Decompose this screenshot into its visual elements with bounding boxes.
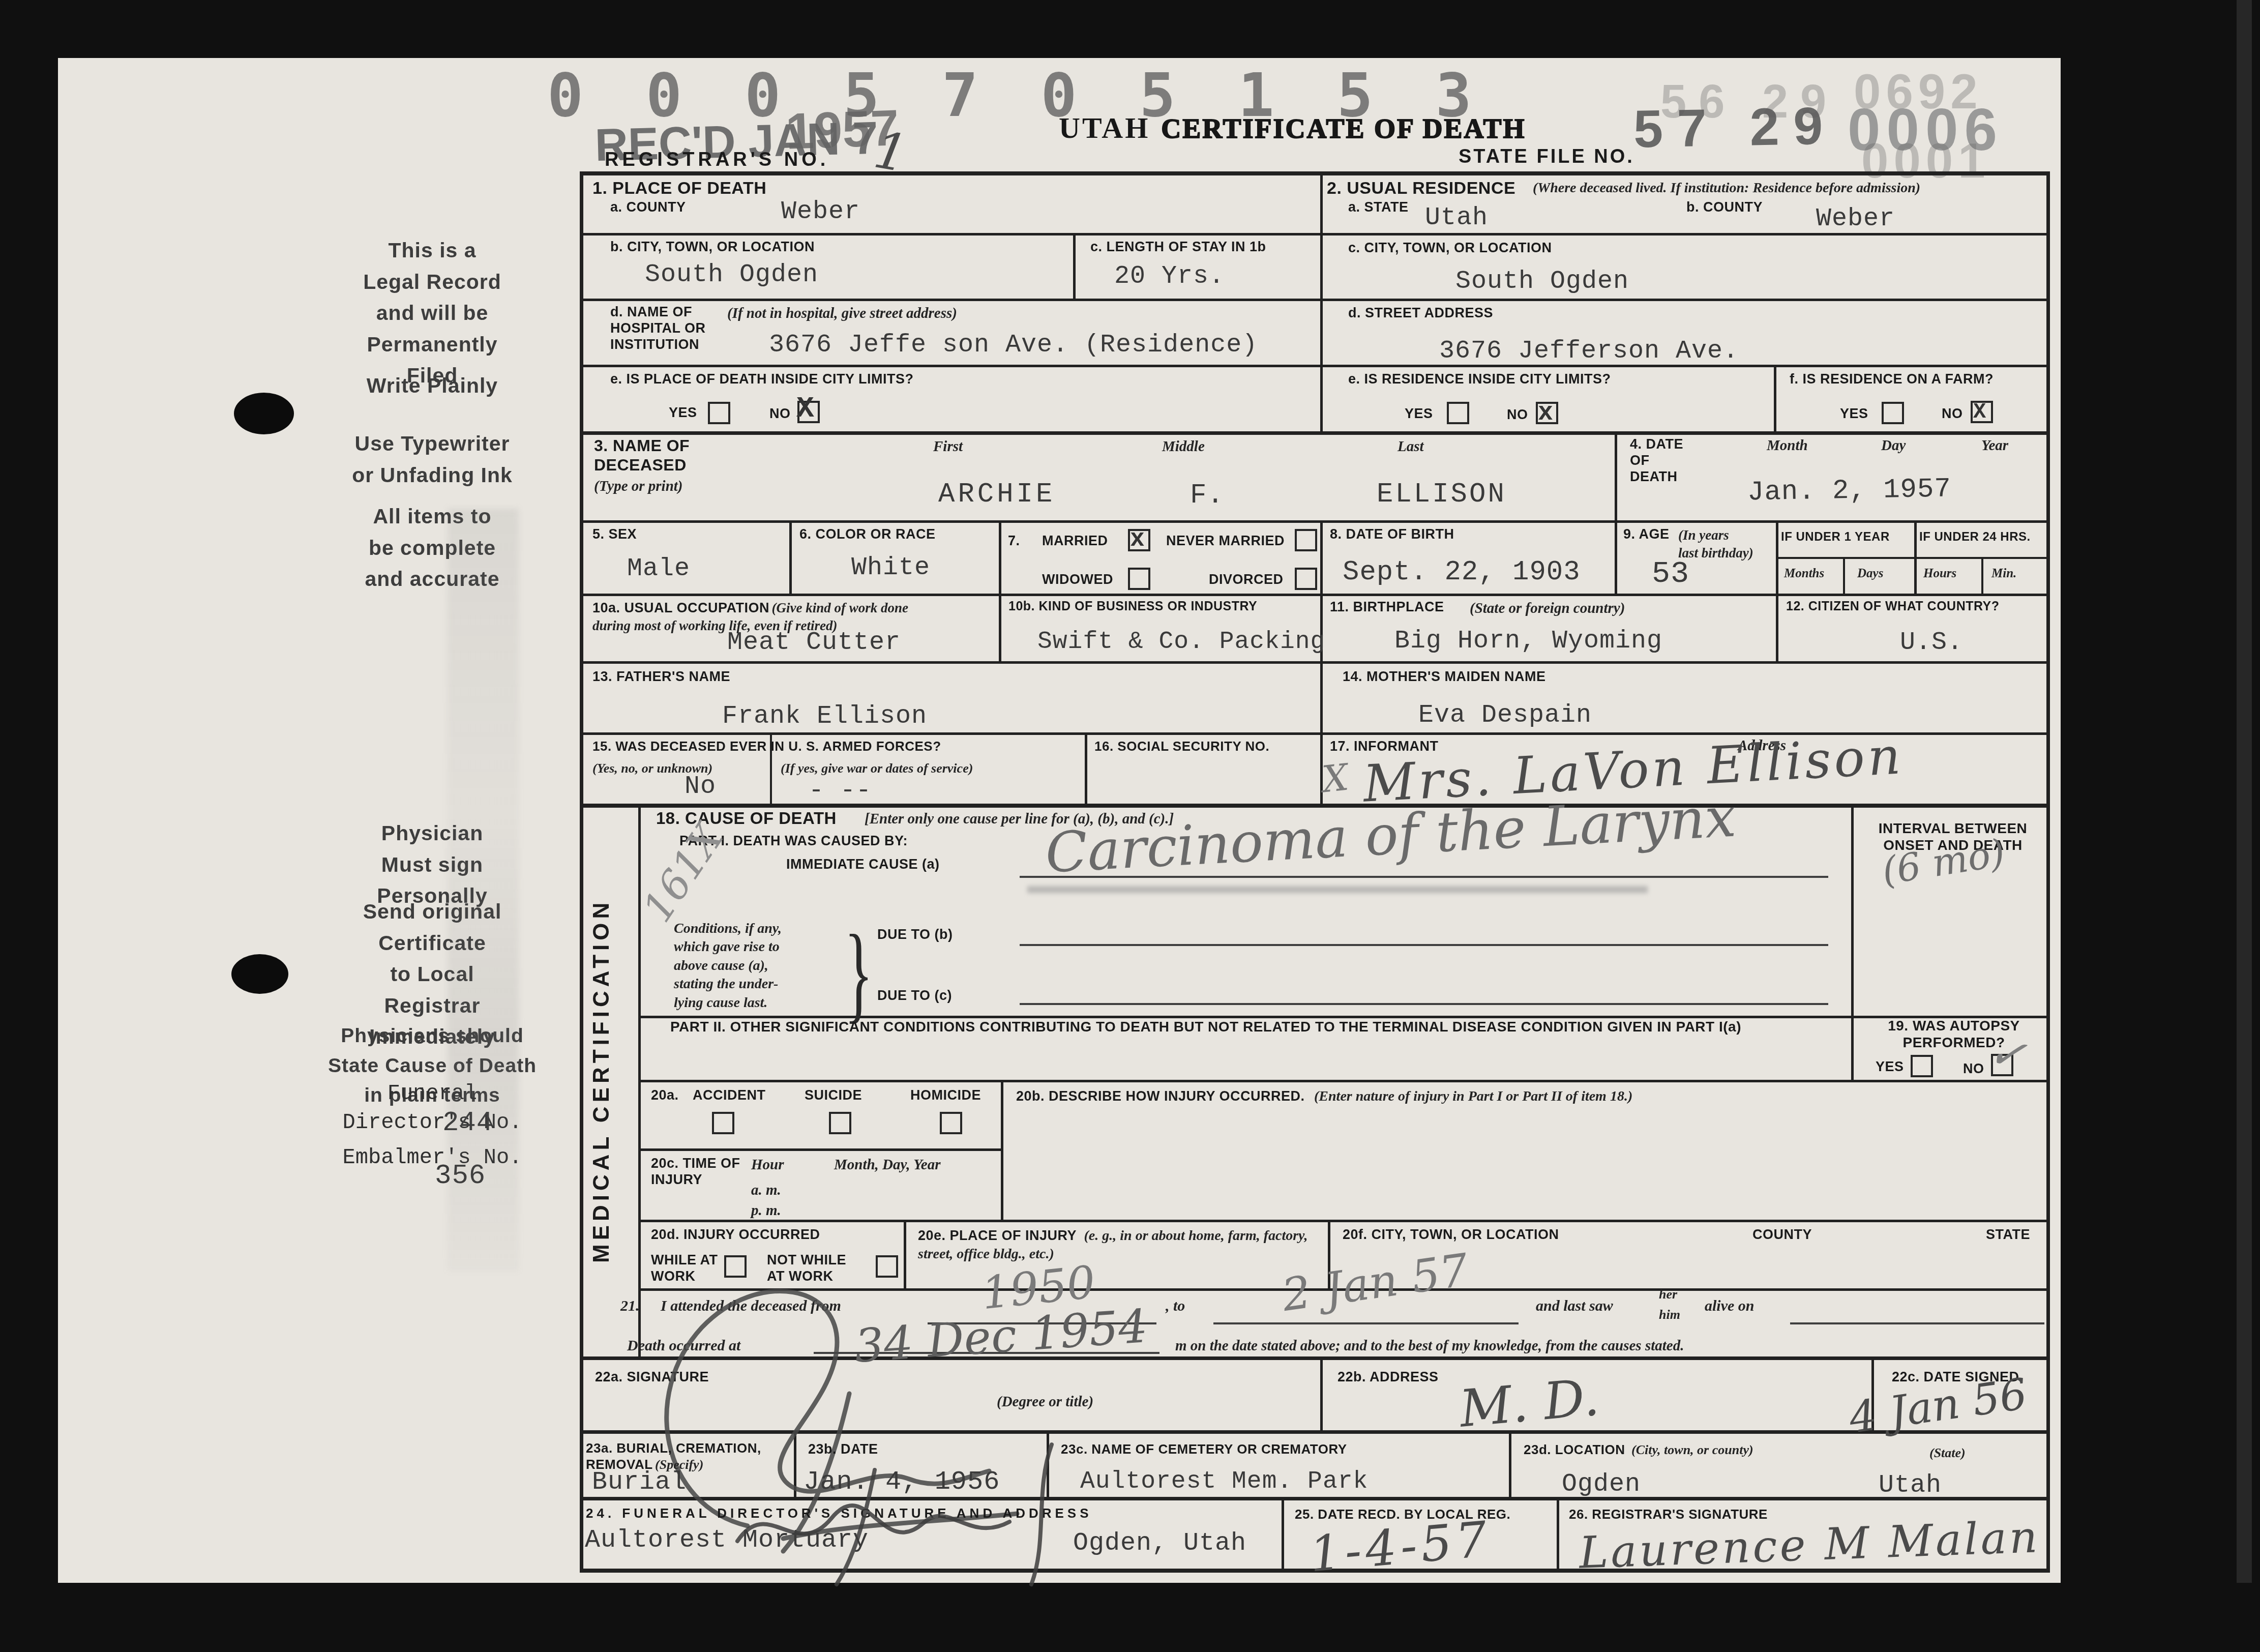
- no-checkbox-mark: x: [1538, 399, 1553, 428]
- months-label: Months: [1784, 566, 1824, 582]
- grid-line: [638, 1220, 2049, 1222]
- grid-line: [1282, 1497, 1284, 1569]
- marital-status-number: 7.: [1008, 533, 1020, 549]
- scan-border-top: [0, 0, 2260, 58]
- date-of-birth-value: Sept. 22, 1903: [1343, 557, 1581, 588]
- city-town-label: b. CITY, TOWN, OR LOCATION: [610, 239, 815, 255]
- attended-text2: and last saw: [1536, 1296, 1613, 1316]
- no-checkbox-mark: X: [1973, 400, 1986, 424]
- location-hint: (City, town, or county): [1631, 1442, 1753, 1457]
- city-town-value: South Ogden: [645, 260, 818, 289]
- registrar-signature-label: 26. REGISTRAR'S SIGNATURE: [1569, 1507, 1768, 1522]
- residence-county-label: b. COUNTY: [1686, 199, 1763, 216]
- accident-checkbox: [712, 1112, 734, 1134]
- grid-line: [1851, 804, 1854, 1080]
- due-to-b-label: DUE TO (b): [877, 927, 953, 943]
- widowed-checkbox: [1128, 568, 1150, 590]
- state-label: a. STATE: [1348, 199, 1409, 216]
- year-header: Year: [1981, 436, 2008, 456]
- residence-inside-city-limits-label: e. IS RESIDENCE INSIDE CITY LIMITS?: [1348, 371, 1611, 388]
- accident-label: ACCIDENT: [693, 1087, 766, 1104]
- informant-x-mark: X: [1320, 756, 1351, 801]
- age-value: 53: [1652, 557, 1689, 592]
- yes-label: YES: [1876, 1059, 1904, 1075]
- suicide-label: SUICIDE: [805, 1087, 862, 1104]
- day-header: Day: [1881, 436, 1906, 456]
- margin-note-typewriter: Use Typewriter or Unfading Ink: [305, 428, 559, 491]
- social-security-label: 16. SOCIAL SECURITY NO.: [1094, 739, 1269, 754]
- due-to-c-line: [1020, 1003, 1828, 1005]
- scanned-death-certificate: { "marks": {"x_small": "x", "x_big": "X"…: [0, 0, 2260, 1652]
- citizen-label: 12. CITIZEN OF WHAT COUNTRY?: [1786, 599, 2000, 614]
- grid-line: [1774, 365, 1776, 431]
- last-name-header: Last: [1397, 437, 1424, 457]
- month-day-year-label: Month, Day, Year: [834, 1156, 940, 1175]
- alive-on-line: [1790, 1322, 2044, 1324]
- grid-line: [580, 299, 2049, 301]
- if-under-1-year-label: IF UNDER 1 YEAR: [1781, 530, 1890, 544]
- part2-label: PART II. OTHER SIGNIFICANT CONDITIONS CO…: [670, 1018, 1840, 1035]
- yes-checkbox: [708, 402, 730, 424]
- describe-injury-label: 20b. DESCRIBE HOW INJURY OCCURRED. (Ente…: [1016, 1087, 2033, 1106]
- location-label: 23d. LOCATION (City, town, or county): [1524, 1441, 1753, 1459]
- married-checkbox-mark: x: [1130, 526, 1145, 553]
- business-industry-label: 10b. KIND OF BUSINESS OR INDUSTRY: [1008, 599, 1257, 614]
- homicide-label: HOMICIDE: [910, 1087, 981, 1104]
- residence-city-label: c. CITY, TOWN, OR LOCATION: [1348, 240, 1552, 256]
- usual-residence-title: 2. USUAL RESIDENCE: [1327, 178, 1515, 198]
- min-label: Min.: [1991, 566, 2016, 582]
- injury-city-label: 20f. CITY, TOWN, OR LOCATION: [1343, 1227, 1559, 1243]
- attended-to-label: , to: [1166, 1296, 1185, 1316]
- armed-forces-hint2: (If yes, give war or dates of service): [781, 760, 973, 777]
- type-or-print-hint: (Type or print): [594, 477, 683, 496]
- mothers-maiden-name-value: Eva Despain: [1418, 701, 1592, 730]
- length-of-stay-label: c. LENGTH OF STAY IN 1b: [1090, 239, 1266, 255]
- grid-line: [789, 520, 792, 594]
- injury-state-label: STATE: [1986, 1227, 2030, 1243]
- pencil-smear: [1027, 886, 1648, 893]
- middle-name-header: Middle: [1162, 437, 1205, 457]
- grid-line: [638, 1080, 2049, 1082]
- location-state-hint: (State): [1929, 1444, 1966, 1462]
- grid-line: [580, 661, 2049, 664]
- usual-occupation-value: Meat Cutter: [727, 628, 901, 657]
- never-married-checkbox: [1295, 529, 1317, 551]
- death-inside-city-limits-label: e. IS PLACE OF DEATH INSIDE CITY LIMITS?: [610, 371, 914, 388]
- am-label: a. m.: [751, 1181, 781, 1200]
- yes-label: YES: [1405, 406, 1433, 422]
- first-name-header: First: [933, 437, 963, 457]
- margin-note-write-plainly: Write Plainly: [320, 370, 544, 402]
- fathers-name-label: 13. FATHER'S NAME: [592, 669, 730, 685]
- color-or-race-label: 6. COLOR OR RACE: [799, 526, 936, 543]
- attended-text5: m on the date stated above; and to the b…: [1175, 1337, 1684, 1356]
- no-label: NO: [1963, 1061, 1984, 1077]
- attended-to-line: [1213, 1322, 1519, 1324]
- date-of-death-label: 4. DATE OF DEATH: [1630, 436, 1683, 485]
- grid-line: [1557, 1497, 1559, 1569]
- divorced-label: DIVORCED: [1209, 572, 1284, 588]
- him-label: him: [1659, 1306, 1680, 1323]
- yes-label: YES: [669, 405, 697, 421]
- suicide-checkbox: [829, 1112, 851, 1134]
- business-industry-value: Swift & Co. Packing: [1037, 628, 1325, 656]
- grid-line: [1073, 233, 1076, 299]
- bleed-through-smudge: [448, 509, 519, 1272]
- pm-label: p. m.: [751, 1201, 781, 1221]
- attended-text3: alive on: [1705, 1296, 1755, 1316]
- no-label: NO: [1942, 406, 1963, 422]
- county-label: a. COUNTY: [610, 199, 686, 216]
- state-value: Utah: [1425, 203, 1488, 232]
- armed-forces-label: 15. WAS DECEASED EVER IN U. S. ARMED FOR…: [592, 739, 941, 754]
- grid-line: [1001, 1080, 1003, 1220]
- widowed-label: WIDOWED: [1042, 572, 1113, 588]
- location-city-value: Ogden: [1562, 1470, 1641, 1499]
- yes-checkbox: [1447, 402, 1469, 424]
- if-under-24-hrs-label: IF UNDER 24 HRS.: [1919, 530, 2031, 544]
- form-border-top: [580, 171, 2049, 175]
- yes-checkbox: [1882, 402, 1904, 424]
- birthplace-label: 11. BIRTHPLACE: [1330, 599, 1444, 615]
- hours-label: Hours: [1923, 566, 1956, 582]
- never-married-label: NEVER MARRIED: [1166, 533, 1285, 549]
- title-utah: UTAH: [1059, 111, 1150, 144]
- scan-border-left: [0, 0, 58, 1652]
- yes-label: YES: [1840, 406, 1868, 422]
- grid-line: [1914, 520, 1917, 594]
- date-of-death-value: Jan. 2, 1957: [1747, 474, 1951, 509]
- no-label: NO: [1507, 407, 1528, 423]
- scan-border-bottom: [0, 1583, 2260, 1652]
- file-no-stamp-dark: 57 29: [1633, 96, 1837, 160]
- grid-line: [580, 594, 2049, 596]
- last-name-value: ELLISON: [1377, 479, 1506, 510]
- due-to-c-label: DUE TO (c): [877, 988, 952, 1004]
- birthplace-hint: (State or foreign country): [1470, 599, 1625, 618]
- scan-edge-strip: [2237, 0, 2252, 1652]
- grid-line: [580, 431, 2049, 435]
- form-border-left: [580, 171, 583, 1573]
- cemetery-label: 23c. NAME OF CEMETERY OR CREMATORY: [1061, 1441, 1347, 1457]
- residence-city-value: South Ogden: [1455, 267, 1629, 296]
- embalmers-no-label: Embalmer's No.: [295, 1143, 570, 1172]
- conditions-hint: Conditions, if any, which gave rise to a…: [674, 920, 782, 1012]
- grid-line: [999, 520, 1001, 661]
- autopsy-yes-checkbox: [1911, 1055, 1933, 1077]
- hospital-label: d. NAME OF HOSPITAL OR INSTITUTION: [610, 304, 706, 353]
- hospital-hint: (If not in hospital, give street address…: [727, 304, 957, 323]
- length-of-stay-value: 20 Yrs.: [1114, 262, 1225, 291]
- certificate-title: UTAH CERTIFICATE OF DEATH: [1059, 111, 1526, 145]
- usual-occupation-label-bold: 10a. USUAL OCCUPATION: [592, 600, 769, 615]
- describe-injury-hint: (Enter nature of injury in Part I or Par…: [1314, 1088, 1632, 1104]
- fathers-name-value: Frank Ellison: [722, 702, 927, 731]
- describe-injury-label-bold: 20b. DESCRIBE HOW INJURY OCCURRED.: [1016, 1088, 1305, 1104]
- registrars-no-label: REGISTRAR'S NO.: [605, 149, 829, 171]
- grid-line: [1776, 520, 1778, 661]
- grid-line: [1615, 431, 1617, 594]
- burial-value: Burial: [592, 1468, 687, 1497]
- month-header: Month: [1767, 436, 1808, 456]
- first-name-value: ARCHIE: [938, 479, 1055, 510]
- conditions-brace: }: [844, 909, 873, 1036]
- grid-line: [638, 1148, 1001, 1151]
- sex-value: Male: [627, 554, 690, 583]
- grid-line: [580, 365, 2049, 367]
- residence-county-value: Weber: [1816, 204, 1895, 233]
- homicide-checkbox: [940, 1112, 962, 1134]
- married-label: MARRIED: [1042, 533, 1108, 549]
- grid-line: [580, 520, 2049, 523]
- no-checkbox-mark: X: [796, 393, 814, 426]
- residence-on-farm-label: f. IS RESIDENCE ON A FARM?: [1790, 371, 1994, 388]
- immediate-cause-label: IMMEDIATE CAUSE (a): [786, 857, 940, 873]
- injury-county-label: COUNTY: [1752, 1227, 1812, 1243]
- name-of-deceased-label: 3. NAME OF DECEASED: [594, 436, 690, 475]
- address-label: 22b. ADDRESS: [1337, 1369, 1439, 1385]
- street-address-label: d. STREET ADDRESS: [1348, 305, 1493, 321]
- location-label-bold: 23d. LOCATION: [1524, 1442, 1625, 1457]
- funeral-directors-no-label: Funeral Director's No.: [305, 1079, 559, 1137]
- funeral-home-city-value: Ogden, Utah: [1073, 1529, 1246, 1558]
- grid-line: [1085, 732, 1087, 804]
- address-value: M. D.: [1457, 1367, 1601, 1438]
- usual-residence-hint: (Where deceased lived. If institution: R…: [1533, 179, 2046, 197]
- grid-line: [1509, 1430, 1511, 1497]
- scan-border-right: [2061, 0, 2260, 1652]
- cemetery-value: Aultorest Mem. Park: [1080, 1468, 1368, 1495]
- place-of-death-title: 1. PLACE OF DEATH: [592, 178, 766, 198]
- state-file-no-label: STATE FILE NO.: [1459, 145, 1634, 168]
- hospital-value: 3676 Jeffe son Ave. (Residence): [769, 331, 1258, 360]
- grid-line: [1320, 171, 1323, 431]
- age-hint: (In years last birthday): [1678, 526, 1753, 562]
- her-label: her: [1659, 1286, 1677, 1303]
- middle-name-value: F.: [1190, 480, 1224, 511]
- grid-line: [1320, 1356, 1323, 1430]
- title-certificate-of-death: CERTIFICATE OF DEATH: [1161, 113, 1526, 144]
- citizen-value: U.S.: [1900, 628, 1963, 657]
- birthplace-value: Big Horn, Wyoming: [1394, 627, 1662, 656]
- armed-forces-dates-value: - --: [809, 776, 872, 805]
- color-or-race-value: White: [851, 553, 930, 582]
- county-value: Weber: [781, 197, 860, 226]
- form-border-right: [2046, 171, 2050, 1573]
- accident-row-number: 20a.: [651, 1087, 679, 1104]
- hour-label: Hour: [751, 1156, 784, 1175]
- sex-label: 5. SEX: [592, 526, 637, 543]
- mothers-maiden-name-label: 14. MOTHER'S MAIDEN NAME: [1343, 669, 1545, 685]
- age-label: 9. AGE: [1623, 526, 1670, 543]
- divorced-checkbox: [1295, 568, 1317, 590]
- no-label: NO: [769, 406, 791, 422]
- punch-hole-bottom: [231, 954, 288, 994]
- funeral-director-signature: [702, 1434, 1098, 1587]
- date-of-birth-label: 8. DATE OF BIRTH: [1330, 526, 1454, 543]
- punch-hole-top: [234, 393, 294, 434]
- grid-line: [1843, 557, 1845, 594]
- cause-of-death-label: 18. CAUSE OF DEATH: [656, 809, 837, 829]
- grid-line: [1776, 557, 2049, 559]
- due-to-b-line: [1020, 944, 1828, 946]
- time-of-injury-label: 20c. TIME OF INJURY: [651, 1156, 740, 1188]
- street-address-value: 3676 Jefferson Ave.: [1439, 337, 1739, 366]
- armed-forces-value: No: [685, 772, 716, 801]
- location-state-value: Utah: [1879, 1471, 1942, 1500]
- grid-line: [1981, 557, 1983, 594]
- margin-note-legal-record: This is a Legal Record and will be Perma…: [320, 235, 544, 392]
- days-label: Days: [1857, 566, 1883, 582]
